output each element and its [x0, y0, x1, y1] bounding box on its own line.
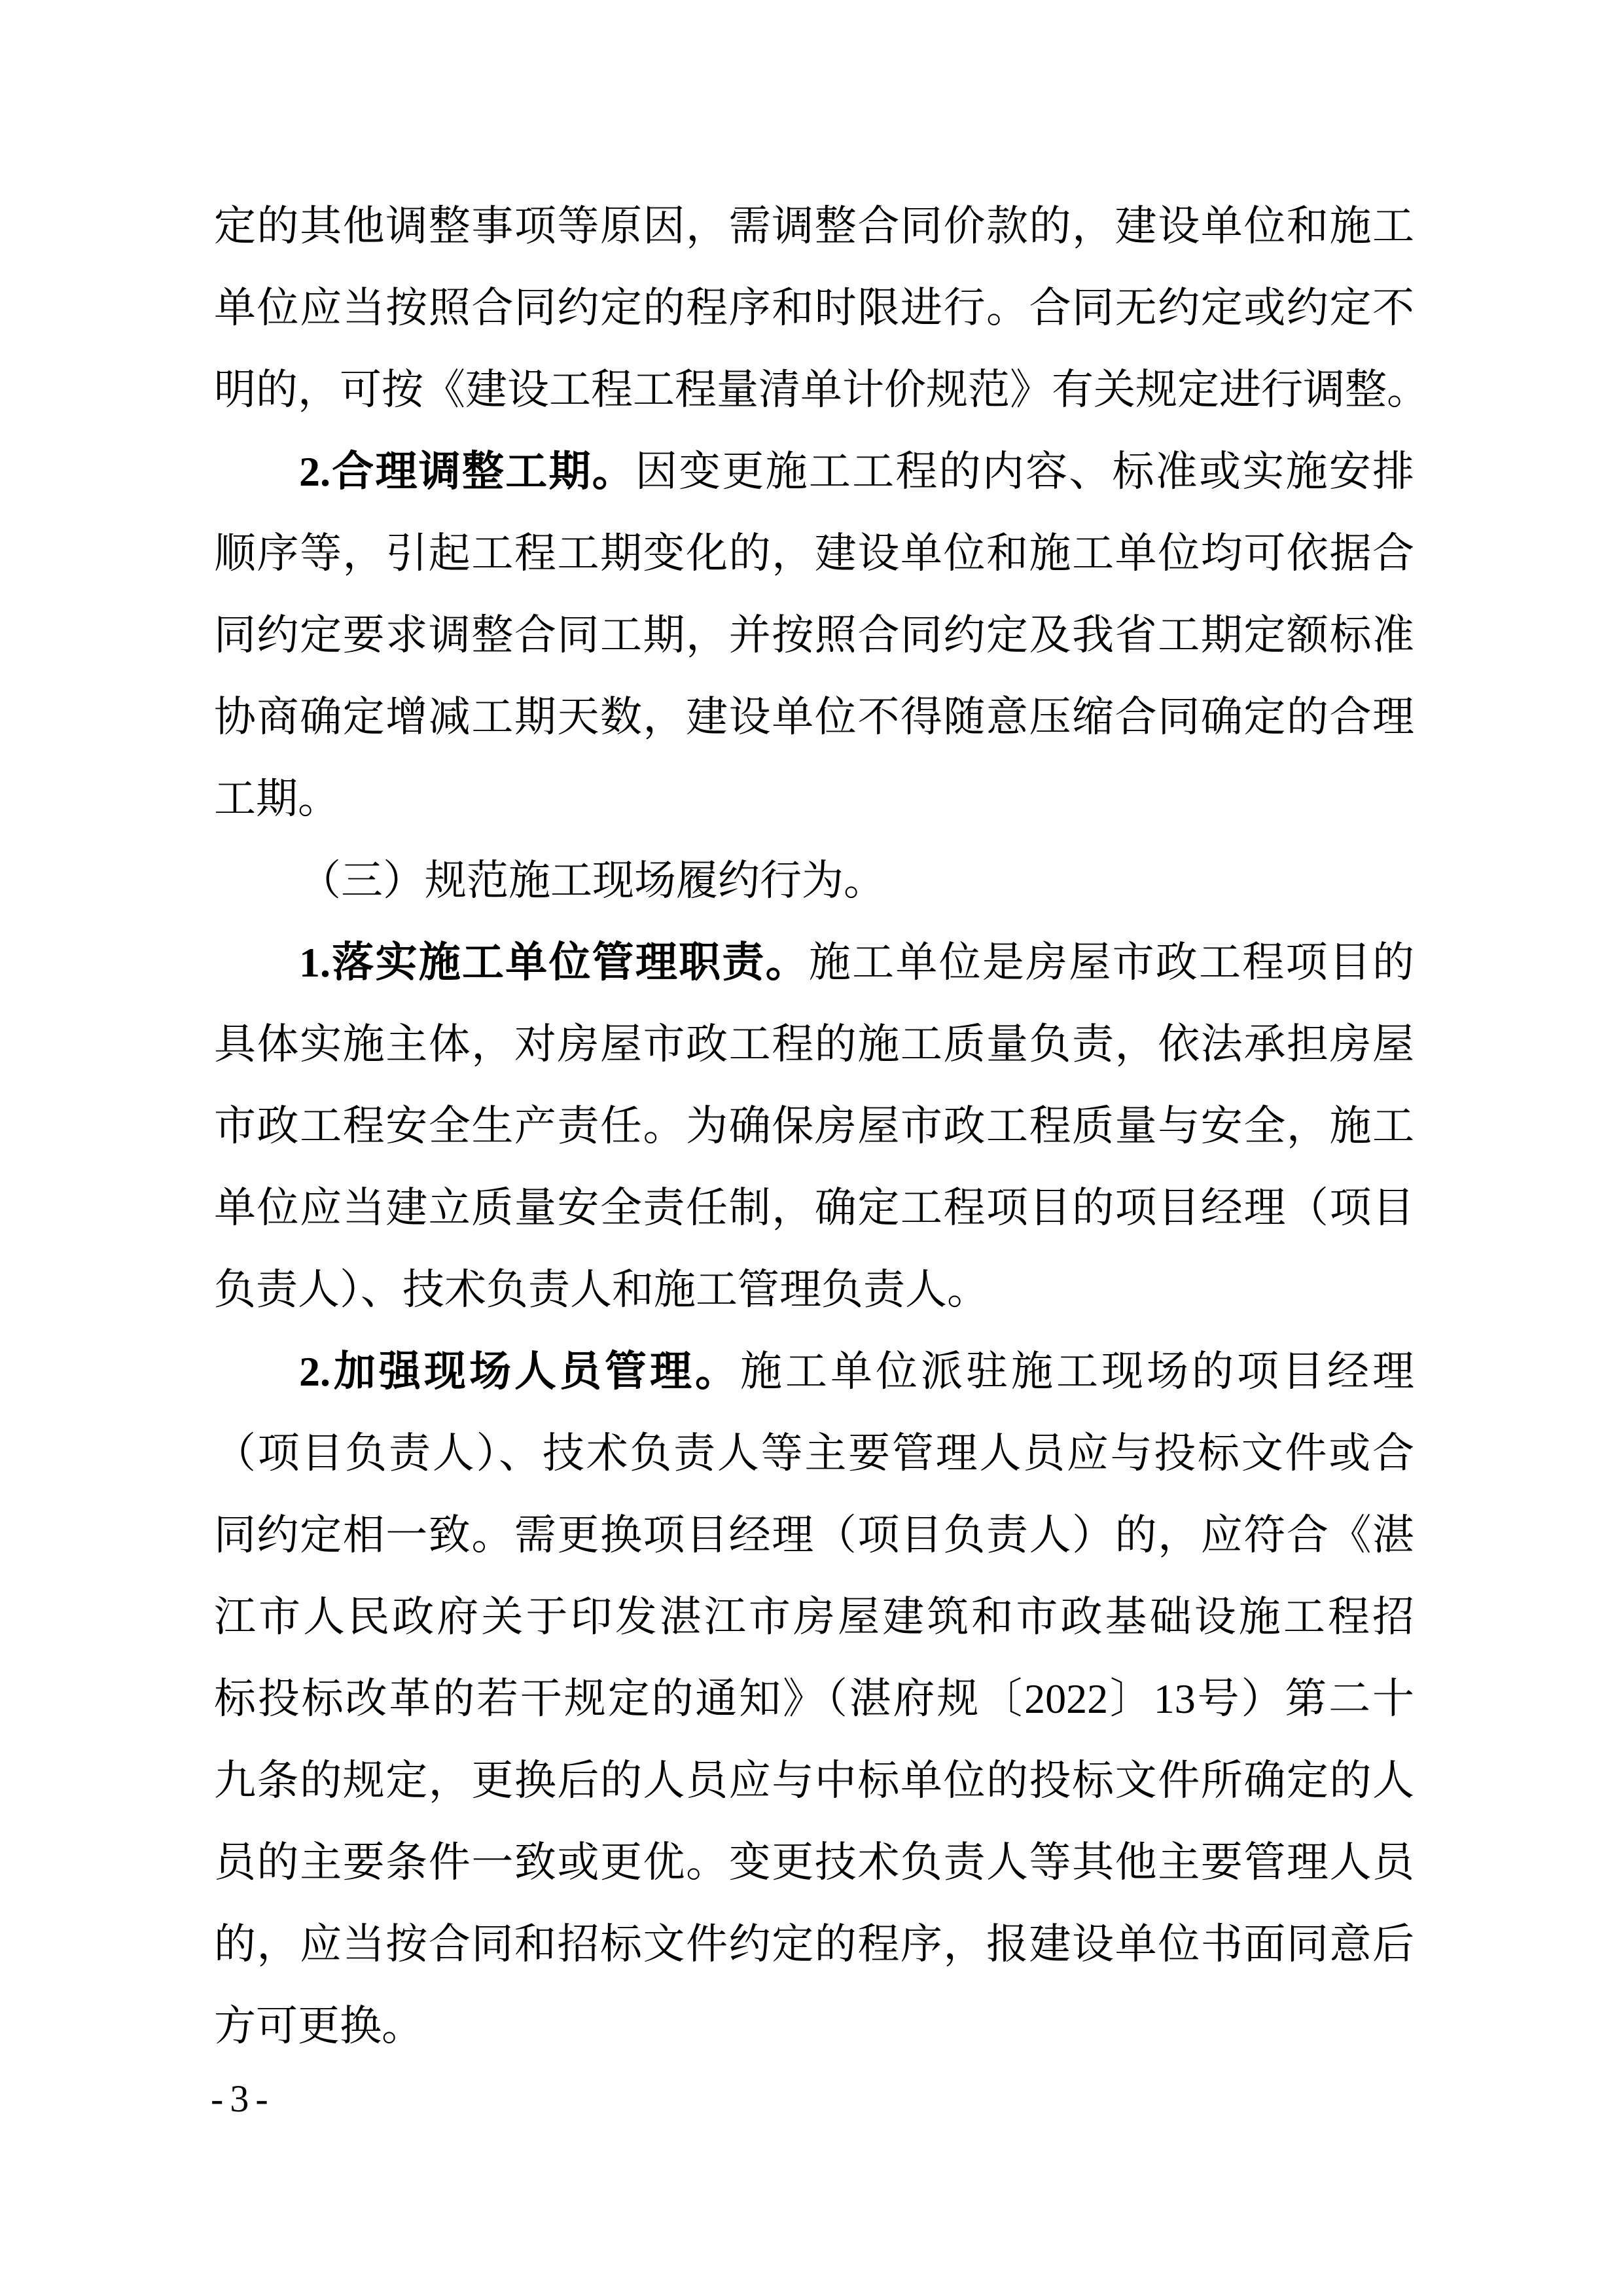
text-line: 同约定相一致。需更换项目经理（项目负责人）的，应符合《湛 — [214, 1494, 1414, 1576]
text-line-text: 员的主要条件一致或更优。变更技术负责人等其他主要管理人员 — [214, 1839, 1414, 1886]
text-line-text: 工期。 — [214, 776, 340, 822]
text-line-text: 明的，可按《建设工程工程量清单计价规范》有关规定进行调整。 — [214, 367, 1429, 413]
text-line-text: 单位应当按照合同约定的程序和时限进行。合同无约定或约定不 — [214, 285, 1414, 331]
text-line-text: 定的其他调整事项等原因，需调整合同价款的，建设单位和施工 — [214, 203, 1414, 249]
text-line: 负责人）、技术负责人和施工管理负责人。 — [214, 1249, 1414, 1331]
text-line-text: 施工单位是房屋市政工程项目的 — [809, 939, 1414, 986]
text-line: 2.加强现场人员管理。施工单位派驻施工现场的项目经理 — [214, 1331, 1414, 1412]
text-line-text: 单位应当建立质量安全责任制，确定工程项目的项目经理（项目 — [214, 1185, 1414, 1231]
text-line: 1.落实施工单位管理职责。施工单位是房屋市政工程项目的 — [214, 922, 1414, 1003]
text-line: 顺序等，引起工程工期变化的，建设单位和施工单位均可依据合 — [214, 512, 1414, 594]
section-heading-text: （三）规范施工现场履约行为。 — [299, 857, 885, 904]
text-line: 协商确定增减工期天数，建设单位不得随意压缩合同确定的合理 — [214, 676, 1414, 758]
text-line: 具体实施主体，对房屋市政工程的施工质量负责，依法承担房屋 — [214, 1003, 1414, 1085]
text-line-text: 协商确定增减工期天数，建设单位不得随意压缩合同确定的合理 — [214, 694, 1414, 740]
text-line: 市政工程安全生产责任。为确保房屋市政工程质量与安全，施工 — [214, 1085, 1414, 1167]
document-page: 定的其他调整事项等原因，需调整合同价款的，建设单位和施工 单位应当按照合同约定的… — [0, 0, 1623, 2296]
text-line: 明的，可按《建设工程工程量清单计价规范》有关规定进行调整。 — [214, 349, 1414, 431]
text-line-bold: 1.落实施工单位管理职责。 — [299, 939, 809, 986]
text-line-text: 具体实施主体，对房屋市政工程的施工质量负责，依法承担房屋 — [214, 1021, 1414, 1067]
text-line-text: 顺序等，引起工程工期变化的，建设单位和施工单位均可依据合 — [214, 530, 1414, 577]
page-number-text: -3- — [211, 2077, 275, 2120]
text-line: 的，应当按合同和招标文件约定的程序，报建设单位书面同意后 — [214, 1903, 1414, 1985]
text-line-bold: 2.合理调整工期。 — [299, 448, 635, 495]
section-heading: （三）规范施工现场履约行为。 — [214, 840, 1414, 922]
text-line-text: 九条的规定，更换后的人员应与中标单位的投标文件所确定的人 — [214, 1757, 1414, 1804]
text-line: 九条的规定，更换后的人员应与中标单位的投标文件所确定的人 — [214, 1740, 1414, 1821]
text-line-text: 市政工程安全生产责任。为确保房屋市政工程质量与安全，施工 — [214, 1103, 1414, 1149]
page-number: -3- — [211, 2076, 275, 2122]
text-line-text: 标投标改革的若干规定的通知》（湛府规〔2022〕13号）第二十 — [214, 1676, 1414, 1722]
text-line-text: （项目负责人）、技术负责人等主要管理人员应与投标文件或合 — [214, 1430, 1414, 1477]
text-line-text: 同约定要求调整合同工期，并按照合同约定及我省工期定额标准 — [214, 612, 1414, 658]
text-line: 方可更换。 — [214, 1985, 1414, 2067]
text-line-text: 因变更施工工程的内容、标准或实施安排 — [635, 448, 1414, 495]
text-line: 单位应当建立质量安全责任制，确定工程项目的项目经理（项目 — [214, 1167, 1414, 1249]
document-body: 定的其他调整事项等原因，需调整合同价款的，建设单位和施工 单位应当按照合同约定的… — [214, 185, 1414, 2067]
text-line-text: 负责人）、技术负责人和施工管理负责人。 — [214, 1266, 989, 1313]
text-line: 江市人民政府关于印发湛江市房屋建筑和市政基础设施工程招 — [214, 1576, 1414, 1658]
text-line: 2.合理调整工期。因变更施工工程的内容、标准或实施安排 — [214, 431, 1414, 512]
text-line-text: 同约定相一致。需更换项目经理（项目负责人）的，应符合《湛 — [214, 1512, 1414, 1558]
text-line: 定的其他调整事项等原因，需调整合同价款的，建设单位和施工 — [214, 185, 1414, 267]
text-line: 工期。 — [214, 758, 1414, 840]
text-line-text: 的，应当按合同和招标文件约定的程序，报建设单位书面同意后 — [214, 1921, 1414, 1967]
text-line: 单位应当按照合同约定的程序和时限进行。合同无约定或约定不 — [214, 267, 1414, 349]
text-line-text: 方可更换。 — [214, 2003, 423, 2049]
text-line: 标投标改革的若干规定的通知》（湛府规〔2022〕13号）第二十 — [214, 1658, 1414, 1740]
text-line-text: 江市人民政府关于印发湛江市房屋建筑和市政基础设施工程招 — [214, 1594, 1414, 1640]
text-line-text: 施工单位派驻施工现场的项目经理 — [740, 1348, 1414, 1395]
text-line-bold: 2.加强现场人员管理。 — [299, 1348, 740, 1395]
text-line: 同约定要求调整合同工期，并按照合同约定及我省工期定额标准 — [214, 594, 1414, 676]
text-line: 员的主要条件一致或更优。变更技术负责人等其他主要管理人员 — [214, 1821, 1414, 1903]
text-line: （项目负责人）、技术负责人等主要管理人员应与投标文件或合 — [214, 1412, 1414, 1494]
